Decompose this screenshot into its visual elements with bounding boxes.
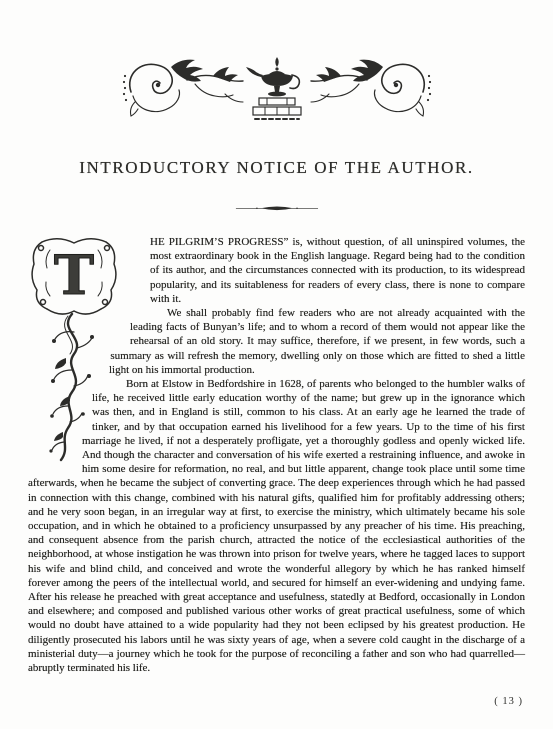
headpiece-engraving <box>121 54 433 126</box>
book-page: INTRODUCTORY NOTICE OF THE AUTHOR. <box>0 0 553 729</box>
body-text: T <box>28 235 525 675</box>
page-title: INTRODUCTORY NOTICE OF THE AUTHOR. <box>0 158 553 178</box>
svg-text:T: T <box>54 243 94 307</box>
paragraph-1-text: HE PILGRIM’S PROGRESS” is, without quest… <box>150 236 525 305</box>
page-number: ( 13 ) <box>494 696 523 707</box>
paragraph-3: Born at Elstow in Bedfordshire in 1628, … <box>28 377 525 675</box>
title-divider <box>234 200 320 209</box>
headpiece-ornament-icon <box>121 54 433 126</box>
paragraph-1: T <box>28 235 525 306</box>
oil-lamp-icon <box>246 57 301 119</box>
divider-rule-icon <box>234 204 320 213</box>
